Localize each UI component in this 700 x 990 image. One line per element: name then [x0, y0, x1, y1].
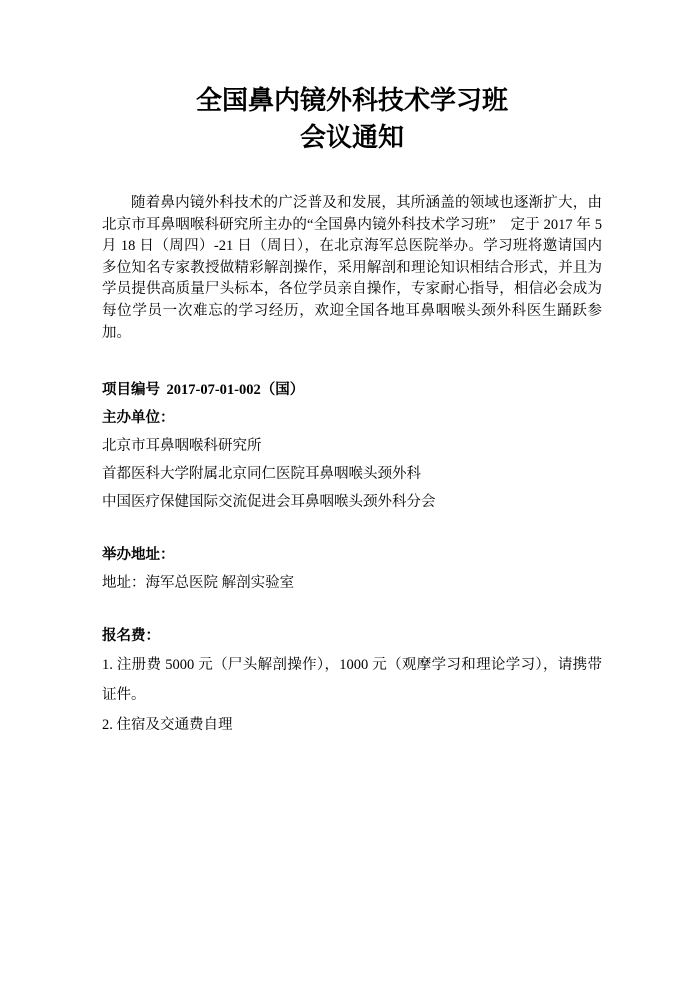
- document-page: 全国鼻内镜外科技术学习班 会议通知 随着鼻内镜外科技术的广泛普及和发展，其所涵盖…: [0, 0, 700, 990]
- project-number-value: 2017-07-01-002（国）: [167, 382, 305, 398]
- organizer-item: 首都医科大学附属北京同仁医院耳鼻咽喉头颈外科: [102, 460, 602, 488]
- project-number-label: 项目编号: [102, 382, 160, 398]
- organizers-heading: 主办单位：: [102, 404, 602, 432]
- document-title: 全国鼻内镜外科技术学习班 会议通知: [102, 82, 602, 156]
- venue-heading: 举办地址：: [102, 541, 602, 569]
- organizer-item: 北京市耳鼻咽喉科研究所: [102, 432, 602, 460]
- project-number-line: 项目编号2017-07-01-002（国）: [102, 376, 602, 404]
- fee-item-lodging: 2. 住宿及交通费自理: [102, 710, 602, 740]
- venue-address: 地址：海军总医院 解剖实验室: [102, 569, 602, 597]
- intro-paragraph: 随着鼻内镜外科技术的广泛普及和发展，其所涵盖的领域也逐渐扩大，由北京市耳鼻咽喉科…: [102, 193, 602, 344]
- fees-heading: 报名费：: [102, 622, 602, 650]
- organizer-item: 中国医疗保健国际交流促进会耳鼻咽喉头颈外科分会: [102, 488, 602, 516]
- title-line-2: 会议通知: [102, 119, 602, 156]
- title-line-1: 全国鼻内镜外科技术学习班: [102, 82, 602, 119]
- fee-item-registration: 1. 注册费 5000 元（尸头解剖操作），1000 元（观摩学习和理论学习），…: [102, 650, 602, 710]
